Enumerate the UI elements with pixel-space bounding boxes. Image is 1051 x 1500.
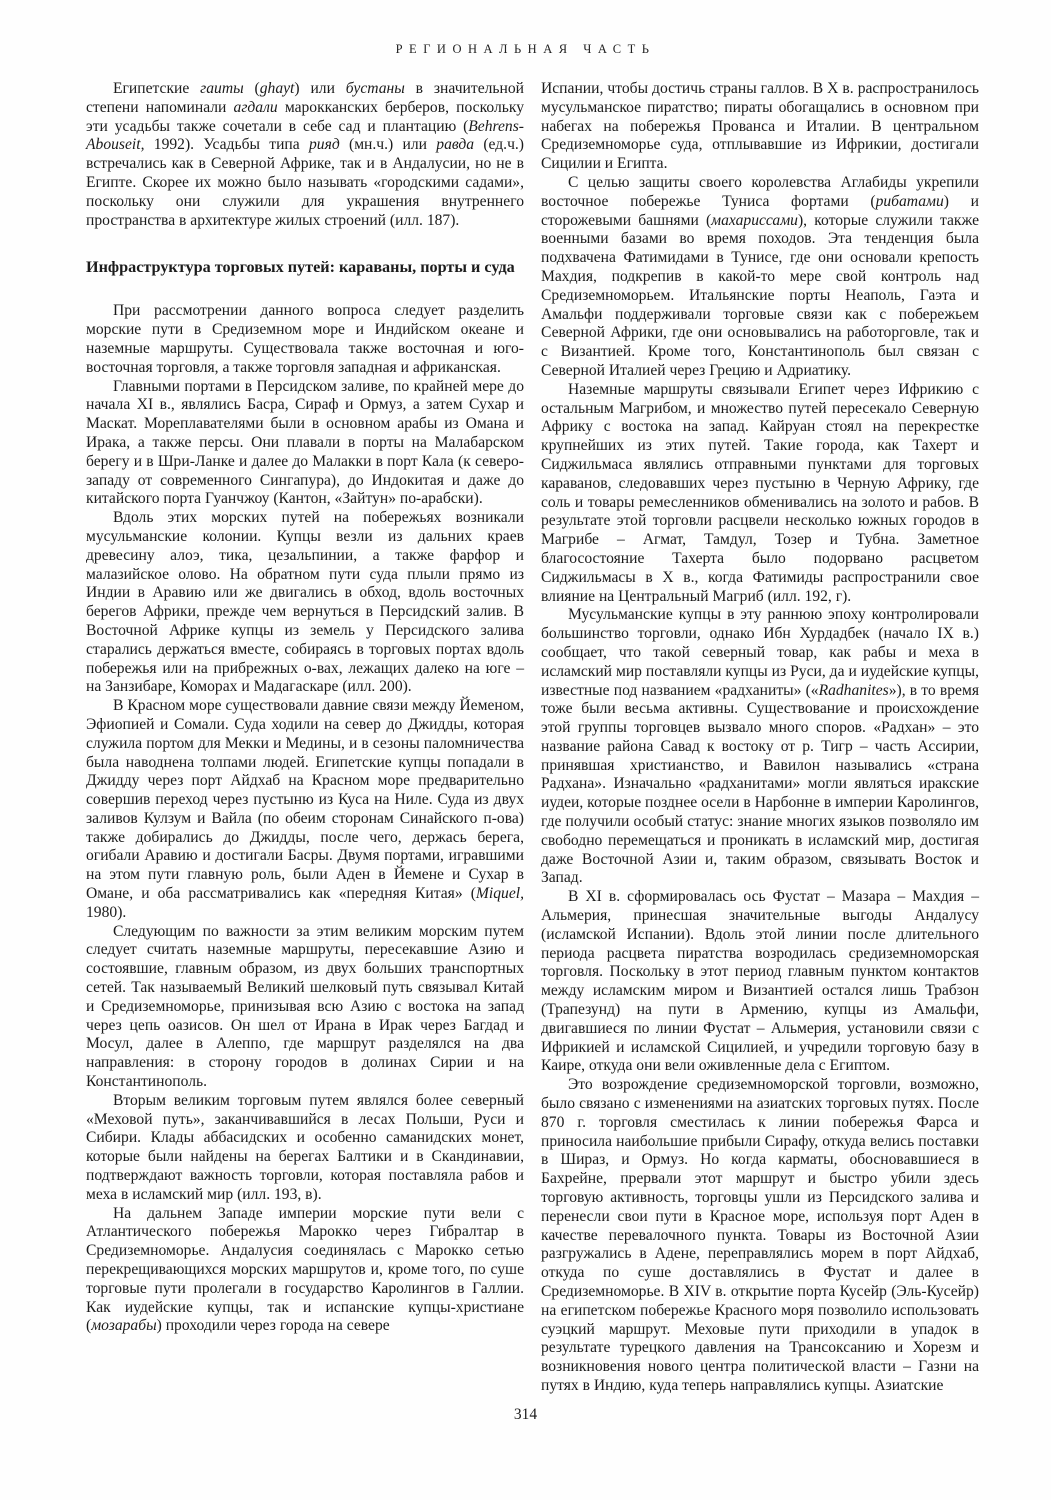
paragraph: С целью защиты своего королевства Аглаби… xyxy=(541,174,979,381)
paragraph: В Красном море существовали давние связи… xyxy=(86,697,524,923)
text-columns: Египетские гаиты (ghayt) или бустаны в з… xyxy=(86,80,979,1396)
paragraph: В XI в. сформировалась ось Фустат – Маза… xyxy=(541,888,979,1076)
paragraph: Испании, чтобы достичь страны галлов. В … xyxy=(541,80,979,174)
running-head: РЕГИОНАЛЬНАЯ ЧАСТЬ xyxy=(0,42,1051,57)
paragraph: Вдоль этих морских путей на побережьях в… xyxy=(86,509,524,697)
left-column: Египетские гаиты (ghayt) или бустаны в з… xyxy=(86,80,524,1396)
paragraph: Египетские гаиты (ghayt) или бустаны в з… xyxy=(86,80,524,230)
paragraph: Это возрождение средиземноморской торгов… xyxy=(541,1076,979,1396)
paragraph: На дальнем Западе империи морские пути в… xyxy=(86,1205,524,1337)
paragraph: Мусульманские купцы в эту раннюю эпоху к… xyxy=(541,606,979,888)
paragraph: Следующим по важности за этим великим мо… xyxy=(86,923,524,1092)
paragraph: При рассмотрении данного вопроса следует… xyxy=(86,302,524,377)
paragraph: Наземные маршруты связывали Египет через… xyxy=(541,381,979,607)
section-heading: Инфраструктура торговых путей: караваны,… xyxy=(86,257,524,277)
paragraph: Главными портами в Персидском заливе, по… xyxy=(86,378,524,510)
right-column: Испании, чтобы достичь страны галлов. В … xyxy=(541,80,979,1396)
page-number: 314 xyxy=(0,1406,1051,1424)
book-page: РЕГИОНАЛЬНАЯ ЧАСТЬ Египетские гаиты (gha… xyxy=(0,0,1051,1500)
paragraph: Вторым великим торговым путем являлся бо… xyxy=(86,1092,524,1205)
